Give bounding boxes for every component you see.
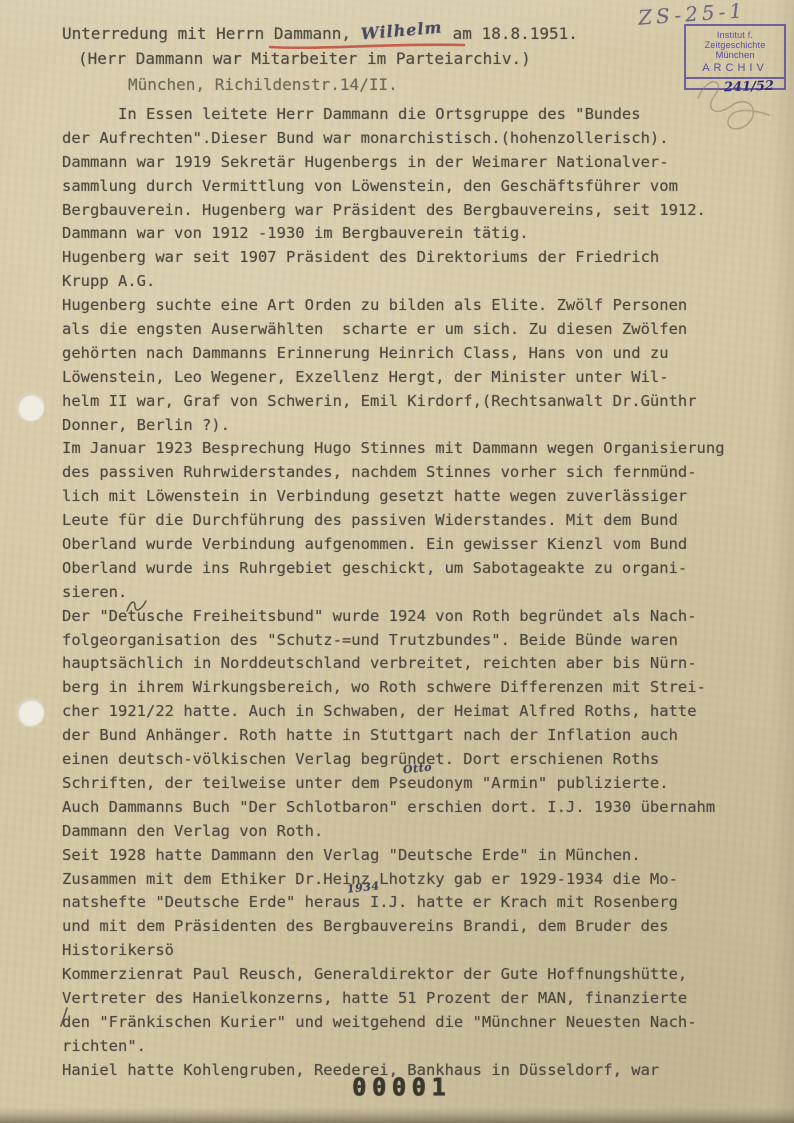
typed-line: helm II war, Graf von Schwerin, Emil Kir… <box>62 390 762 414</box>
stamp-number: 241/52 <box>686 78 784 96</box>
stamp-archiv-line: ARCHIV <box>686 62 784 74</box>
typed-line: Bergbauverein. Hugenberg war Präsident d… <box>62 199 762 223</box>
page-number-stamp: 00001 <box>352 1074 451 1102</box>
typed-line: berg in ihrem Wirkungsbereich, wo Roth s… <box>62 676 762 700</box>
typed-line: Löwenstein, Leo Wegener, Exzellenz Hergt… <box>62 366 762 390</box>
typed-line: Leute für die Durchführung des passiven … <box>62 509 762 533</box>
handwritten-first-name: Wilhelm <box>360 17 443 43</box>
typed-line: richten". <box>62 1035 762 1059</box>
title-text-post: am 18.8.1951. <box>453 24 578 43</box>
hole-punch-bottom <box>17 699 44 726</box>
typed-line: des passiven Ruhrwiderstandes, nachdem S… <box>62 461 762 485</box>
typed-line: lich mit Löwenstein in Verbindung gesetz… <box>62 485 762 509</box>
typed-line: Donner, Berlin ?). <box>62 414 762 438</box>
typed-line: Im Januar 1923 Besprechung Hugo Stinnes … <box>62 437 762 461</box>
archive-stamp: Institut f. Zeitgeschichte München ARCHI… <box>684 24 786 90</box>
typed-line: sammlung durch Vermittlung von Löwenstei… <box>62 175 762 199</box>
typed-line: Vertreter des Hanielkonzerns, hatte 51 P… <box>62 987 762 1011</box>
typed-line: folgeorganisation des "Schutz-=und Trutz… <box>62 629 762 653</box>
hole-punch-top <box>17 394 44 421</box>
typed-line: Hugenberg war seit 1907 Präsident des Di… <box>62 246 762 270</box>
typed-line: Krupp A.G. <box>62 270 762 294</box>
typed-line: Auch Dammanns Buch "Der Schlotbaron" ers… <box>62 796 762 820</box>
typed-line: als die engsten Auserwählten scharte er … <box>62 318 762 342</box>
address-line: München, Richildenstr.14/II. <box>128 75 398 94</box>
document-body: Otto 1934 In Essen leitete Herr Dammann … <box>62 103 762 1083</box>
typed-line: Historikersö <box>62 939 762 963</box>
stamp-institute-line: Institut f. Zeitgeschichte <box>686 30 784 50</box>
typed-line: der Aufrechten".Dieser Bund war monarchi… <box>62 127 762 151</box>
document-subtitle: (Herr Dammann war Mitarbeiter im Parteia… <box>78 49 531 68</box>
typed-line: und mit dem Präsidenten des Bergbauverei… <box>62 915 762 939</box>
handwritten-pseudonym-note: Otto <box>401 756 432 783</box>
typed-line: Seit 1928 hatte Dammann den Verlag "Deut… <box>62 844 762 868</box>
typed-line: Dammann war von 1912 -1930 im Bergbauver… <box>62 222 762 246</box>
typed-line: natshefte "Deutsche Erde" heraus I.J. ha… <box>62 891 762 915</box>
typed-line: sieren. <box>62 581 762 605</box>
typed-line: den "Fränkischen Kurier" und weitgehend … <box>62 1011 762 1035</box>
title-text-pre: Unterredung mit Herrn Dammann, <box>62 24 351 43</box>
typed-line: Kommerzienrat Paul Reusch, Generaldirekt… <box>62 963 762 987</box>
typed-line: Oberland wurde Verbindung aufgenommen. E… <box>62 533 762 557</box>
typed-line: der Bund Anhänger. Roth hatte in Stuttga… <box>62 724 762 748</box>
document-title: Unterredung mit Herrn Dammann, Wilhelm a… <box>62 24 578 43</box>
typed-line: Zusammen mit dem Ethiker Dr.Heinz Lhotzk… <box>62 868 762 892</box>
stamp-city-line: München <box>686 50 784 61</box>
typed-line: Dammann war 1919 Sekretär Hugenbergs in … <box>62 151 762 175</box>
typed-line: Oberland wurde ins Ruhrgebiet geschickt,… <box>62 557 762 581</box>
typed-line: gehörten nach Dammanns Erinnerung Heinri… <box>62 342 762 366</box>
typed-line: In Essen leitete Herr Dammann die Ortsgr… <box>62 103 762 127</box>
typed-line: Hugenberg suchte eine Art Orden zu bilde… <box>62 294 762 318</box>
handwritten-year-note: 1934 <box>346 874 381 901</box>
typed-line: Dammann den Verlag von Roth. <box>62 820 762 844</box>
typed-line: hauptsächlich in Norddeutschland verbrei… <box>62 652 762 676</box>
typed-line: Der "Detusche Freiheitsbund" wurde 1924 … <box>62 605 762 629</box>
scanned-document-page: ZS-25-1 Institut f. Zeitgeschichte Münch… <box>0 0 794 1123</box>
typed-line: cher 1921/22 hatte. Auch in Schwaben, de… <box>62 700 762 724</box>
